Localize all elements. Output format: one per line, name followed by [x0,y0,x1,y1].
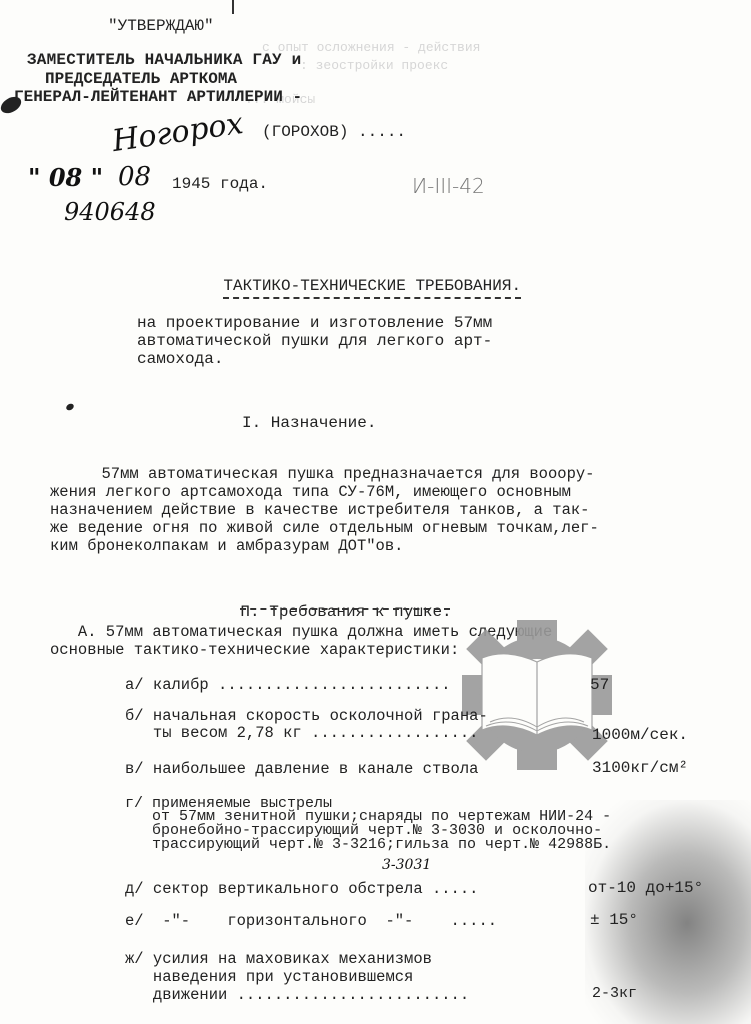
spec-handwheel-force-label: ж/ усилия на маховиках механизмов [125,952,432,968]
handwritten-note: 3-3031 [382,858,431,872]
spec-pressure-value: 3100кг/см² [592,760,688,776]
document-title: ТАКТИКО-ТЕХНИЧЕСКИЕ ТРЕБОВАНИЯ. [185,262,521,310]
spec-horizontal-sector-label: е/ -"- горизонтального -"- ..... [125,914,497,930]
spec-rounds-line: трассирующий черт.№ 3-3216;гильза по чер… [125,837,611,852]
spec-velocity-value: 1000м/сек. [592,727,688,743]
spec-vertical-sector-value: от-10 до+15° [588,880,703,896]
spec-caliber-value: 57 [590,677,609,693]
approver-position-line: ГЕНЕРАЛ-ЛЕЙТЕНАНТ АРТИЛЛЕРИИ - [14,89,302,105]
book-gear-watermark-icon [462,620,612,770]
archive-code: И-III-42 [412,176,485,196]
spec-handwheel-force-value: 2-3кг [592,986,637,1001]
date-day: " 08 " [28,166,103,190]
spec-handwheel-force-label: движении ......................... [125,988,469,1004]
bleed-through-text: : зеостройки проекс [300,58,448,73]
subtitle-line: самохода. [137,351,223,367]
ink-blot [65,402,75,411]
heading-underline [240,608,450,610]
spec-horizontal-sector-value: ± 15° [590,912,638,928]
subtitle-line: автоматической пушки для легкого арт- [137,333,492,349]
handwritten-signature: Ногорох [111,109,246,157]
body-line: ким бронеколпакам и амбразурам ДОТ"ов. [50,539,403,555]
body-line: 57мм автоматическая пушка предназначаетс… [55,467,595,483]
approver-name: (ГОРОХОВ) ..... [262,124,406,140]
body-line: жения легкого артсамохода типа СУ-76М, и… [50,485,571,501]
spec-vertical-sector-label: д/ сектор вертикального обстрела ..... [125,882,478,898]
scan-mark [232,0,234,14]
body-line: же ведение огня по живой силе отдельным … [50,521,599,537]
spec-pressure-label: в/ наибольшее давление в канале ствола [125,762,478,778]
date-year: 1945 года. [172,176,268,192]
date-month: 08 [118,164,151,190]
body-line: назначением действие в качестве истребит… [50,503,590,519]
handwritten-number: 940648 [64,200,156,224]
document-page: с опыт осложнения - действия : зеостройк… [0,0,751,1024]
requirements-intro: основные тактико-технические характерист… [50,643,459,659]
approver-position-line: ПРЕДСЕДАТЕЛЬ АРТКОМА [45,71,237,87]
spec-handwheel-force-label: наведения при установившемся [125,970,413,986]
spec-caliber-label: а/ калибр ......................... [125,678,451,694]
document-title-text: ТАКТИКО-ТЕХНИЧЕСКИЕ ТРЕБОВАНИЯ. [223,277,521,299]
approver-position-line: ЗАМЕСТИТЕЛЬ НАЧАЛЬНИКА ГАУ и [27,52,301,68]
section-heading-requirements-text: П. Требования к пушке. [240,603,451,621]
spec-velocity-label: ты весом 2,78 кг .................. [125,726,478,742]
subtitle-line: на проектирование и изготовление 57мм [137,315,492,331]
section-heading-purpose: I. Назначение. [242,415,376,431]
spec-velocity-label: б/ начальная скорость осколочной грана- [125,709,488,725]
approval-stamp: "УТВЕРЖДАЮ" [108,18,214,34]
